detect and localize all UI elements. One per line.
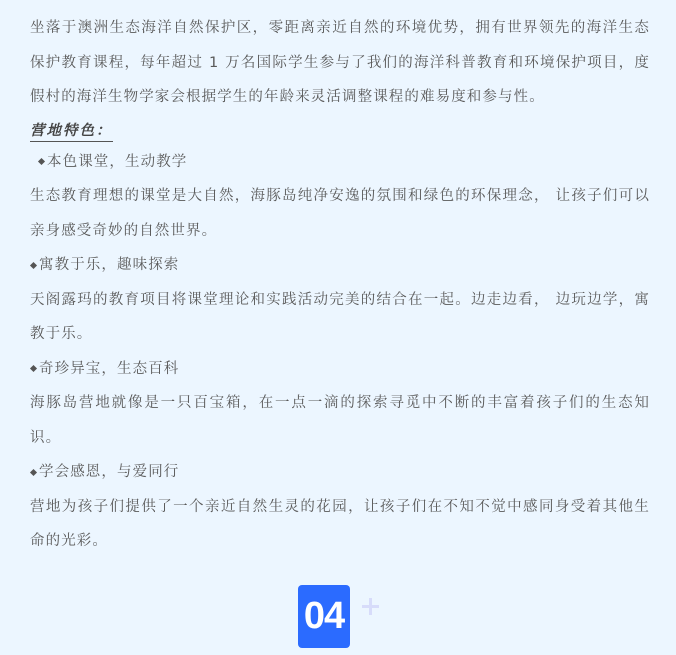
diamond-bullet-icon <box>38 158 45 165</box>
features-heading: 营地特色： <box>30 122 113 142</box>
article-content: 坐落于澳洲生态海洋自然保护区，零距离亲近自然的环境优势，拥有世界领先的海洋生态保… <box>30 11 650 559</box>
diamond-bullet-icon <box>30 365 37 372</box>
feature-title-text: 学会感恩，与爱同行 <box>39 455 179 490</box>
feature-title: 寓教于乐，趣味探索 <box>30 248 650 283</box>
feature-item: 学会感恩，与爱同行 营地为孩子们提供了一个亲近自然生灵的花园，让孩子们在不知不觉… <box>30 455 650 559</box>
feature-title: 学会感恩，与爱同行 <box>30 455 650 490</box>
section-number-badge-group: 04 <box>298 585 350 648</box>
feature-description: 生态教育理想的课堂是大自然，海豚岛纯净安逸的氛围和绿色的环保理念， 让孩子们可以… <box>30 179 650 248</box>
diamond-bullet-icon <box>30 469 37 476</box>
plus-icon <box>362 598 379 615</box>
feature-description: 天阁露玛的教育项目将课堂理论和实践活动完美的结合在一起。边走边看， 边玩边学，寓… <box>30 283 650 352</box>
feature-title-text: 寓教于乐，趣味探索 <box>39 248 179 283</box>
feature-title-text: 奇珍异宝，生态百科 <box>39 352 179 387</box>
feature-description: 营地为孩子们提供了一个亲近自然生灵的花园，让孩子们在不知不觉中感同身受着其他生命… <box>30 490 650 559</box>
section-number-badge: 04 <box>298 585 350 648</box>
feature-title: 奇珍异宝，生态百科 <box>30 352 650 387</box>
feature-item: 本色课堂，生动教学 生态教育理想的课堂是大自然，海豚岛纯净安逸的氛围和绿色的环保… <box>30 145 650 249</box>
feature-description: 海豚岛营地就像是一只百宝箱，在一点一滴的探索寻觅中不断的丰富着孩子们的生态知识。 <box>30 386 650 455</box>
feature-item: 奇珍异宝，生态百科 海豚岛营地就像是一只百宝箱，在一点一滴的探索寻觅中不断的丰富… <box>30 352 650 456</box>
feature-item: 寓教于乐，趣味探索 天阁露玛的教育项目将课堂理论和实践活动完美的结合在一起。边走… <box>30 248 650 352</box>
intro-paragraph: 坐落于澳洲生态海洋自然保护区，零距离亲近自然的环境优势，拥有世界领先的海洋生态保… <box>30 11 650 115</box>
feature-title: 本色课堂，生动教学 <box>30 145 650 180</box>
feature-title-text: 本色课堂，生动教学 <box>47 145 187 180</box>
diamond-bullet-icon <box>30 262 37 269</box>
